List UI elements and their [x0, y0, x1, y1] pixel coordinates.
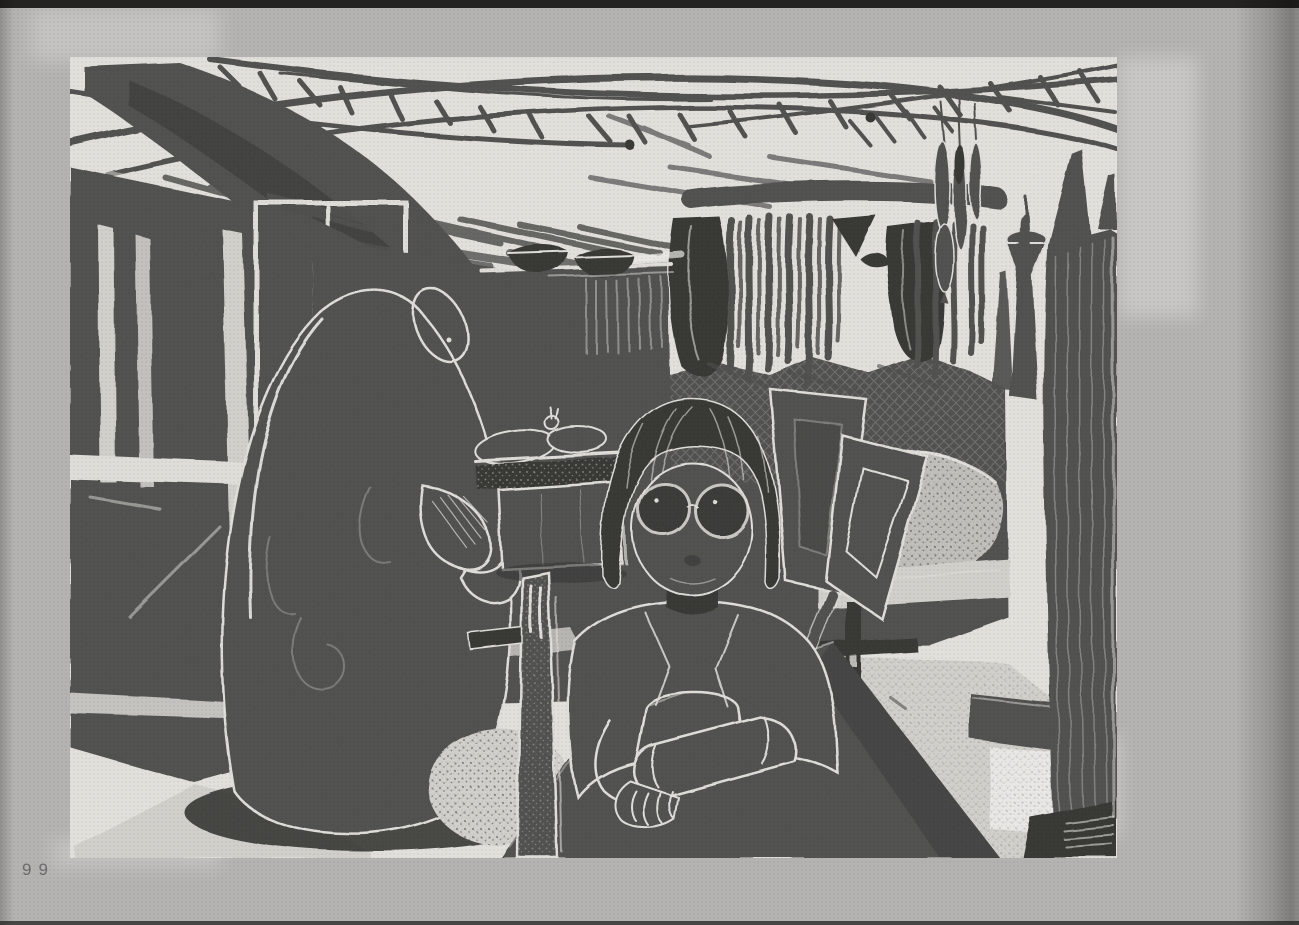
paper-grain [70, 57, 1117, 858]
illustration [70, 57, 1117, 858]
scan-glare [30, 8, 220, 62]
page-bottom-edge [0, 921, 1299, 925]
scanned-book-page: 99 [0, 0, 1299, 925]
page-top-edge [0, 0, 1299, 8]
illustration-art [70, 57, 1117, 858]
page-right-edge [1235, 0, 1299, 925]
scan-glare [1118, 57, 1198, 317]
page-number: 99 [22, 860, 55, 880]
page-left-edge [0, 0, 14, 925]
